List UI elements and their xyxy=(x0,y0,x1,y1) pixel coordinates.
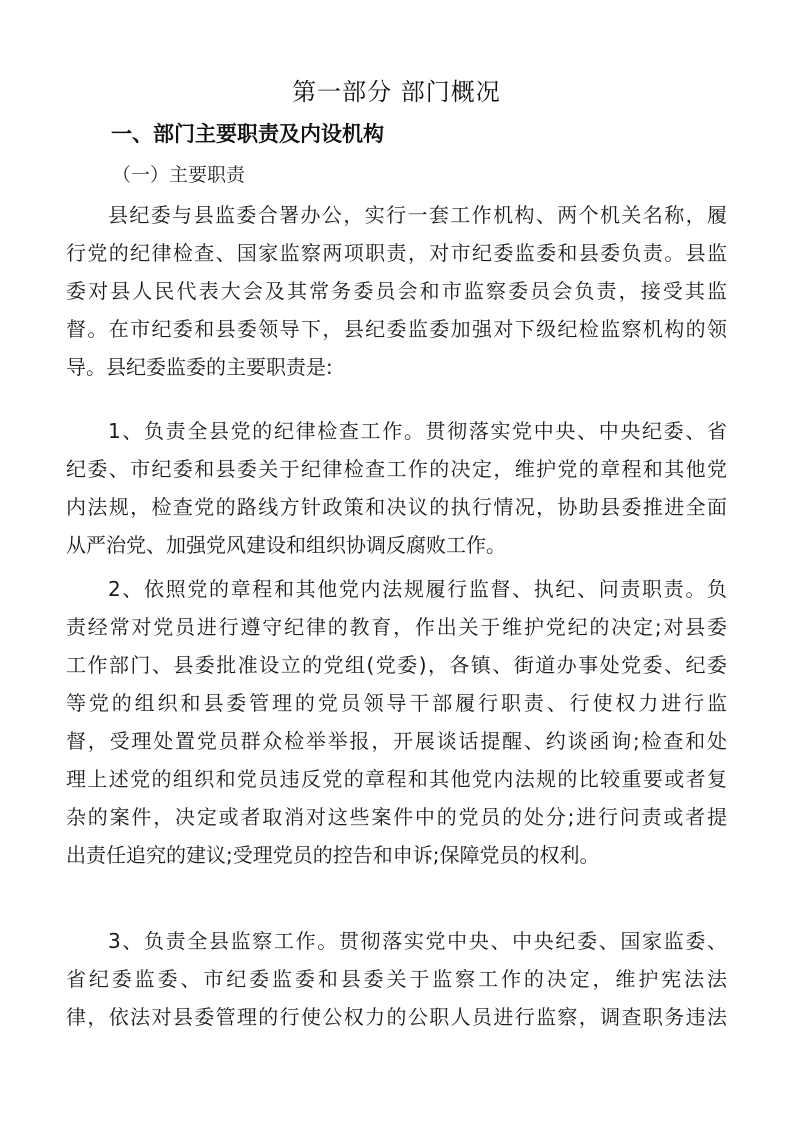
paragraph-line: 省纪委监委、市纪委监委和县委关于监察工作的决定，维护宪法法 xyxy=(66,966,727,992)
paragraph-line: 律，依法对县委管理的行使公权力的公职人员进行监察，调查职务违法 xyxy=(66,1004,727,1030)
paragraph-line: 出责任追究的建议;受理党员的控告和申诉;保障党员的权利。 xyxy=(66,842,727,868)
paragraph-line: 导。县纪委监委的主要职责是: xyxy=(66,354,727,380)
paragraph-line: 杂的案件，决定或者取消对这些案件中的党员的处分;进行问责或者提 xyxy=(66,804,727,830)
subsection-heading: （一）主要职责 xyxy=(112,160,245,187)
paragraph-line: 从严治党、加强党风建设和组织协调反腐败工作。 xyxy=(66,532,727,558)
paragraph-line: 责经常对党员进行遵守纪律的教育，作出关于维护党纪的决定;对县委 xyxy=(66,614,727,640)
paragraph-line: 工作部门、县委批准设立的党组(党委)，各镇、街道办事处党委、纪委 xyxy=(66,652,727,678)
paragraph-line: 2、依照党的章程和其他党内法规履行监督、执纪、问责职责。负 xyxy=(108,576,727,602)
paragraph-line: 纪委、市纪委和县委关于纪律检查工作的决定，维护党的章程和其他党 xyxy=(66,456,727,482)
paragraph-line: 委对县人民代表大会及其常务委员会和市监察委员会负责，接受其监 xyxy=(66,278,727,304)
page-title: 第一部分 部门概况 xyxy=(0,72,793,107)
paragraph-line: 县纪委与县监委合署办公，实行一套工作机构、两个机关名称，履 xyxy=(108,202,727,228)
paragraph-line: 内法规，检查党的路线方针政策和决议的执行情况，协助县委推进全面 xyxy=(66,494,727,520)
paragraph-line: 理上述党的组织和党员违反党的章程和其他党内法规的比较重要或者复 xyxy=(66,766,727,792)
section-heading: 一、部门主要职责及内设机构 xyxy=(111,118,384,148)
document-page: 第一部分 部门概况 一、部门主要职责及内设机构 （一）主要职责 县纪委与县监委合… xyxy=(0,0,793,1122)
paragraph-line: 等党的组织和县委管理的党员领导干部履行职责、行使权力进行监 xyxy=(66,690,727,716)
paragraph-line: 行党的纪律检查、国家监察两项职责，对市纪委监委和县委负责。县监 xyxy=(66,240,727,266)
paragraph-line: 1、负责全县党的纪律检查工作。贯彻落实党中央、中央纪委、省 xyxy=(108,418,727,444)
paragraph-line: 督，受理处置党员群众检举举报，开展谈话提醒、约谈函询;检查和处 xyxy=(66,728,727,754)
paragraph-line: 督。在市纪委和县委领导下，县纪委监委加强对下级纪检监察机构的领 xyxy=(66,316,727,342)
paragraph-line: 3、负责全县监察工作。贯彻落实党中央、中央纪委、国家监委、 xyxy=(108,928,727,954)
